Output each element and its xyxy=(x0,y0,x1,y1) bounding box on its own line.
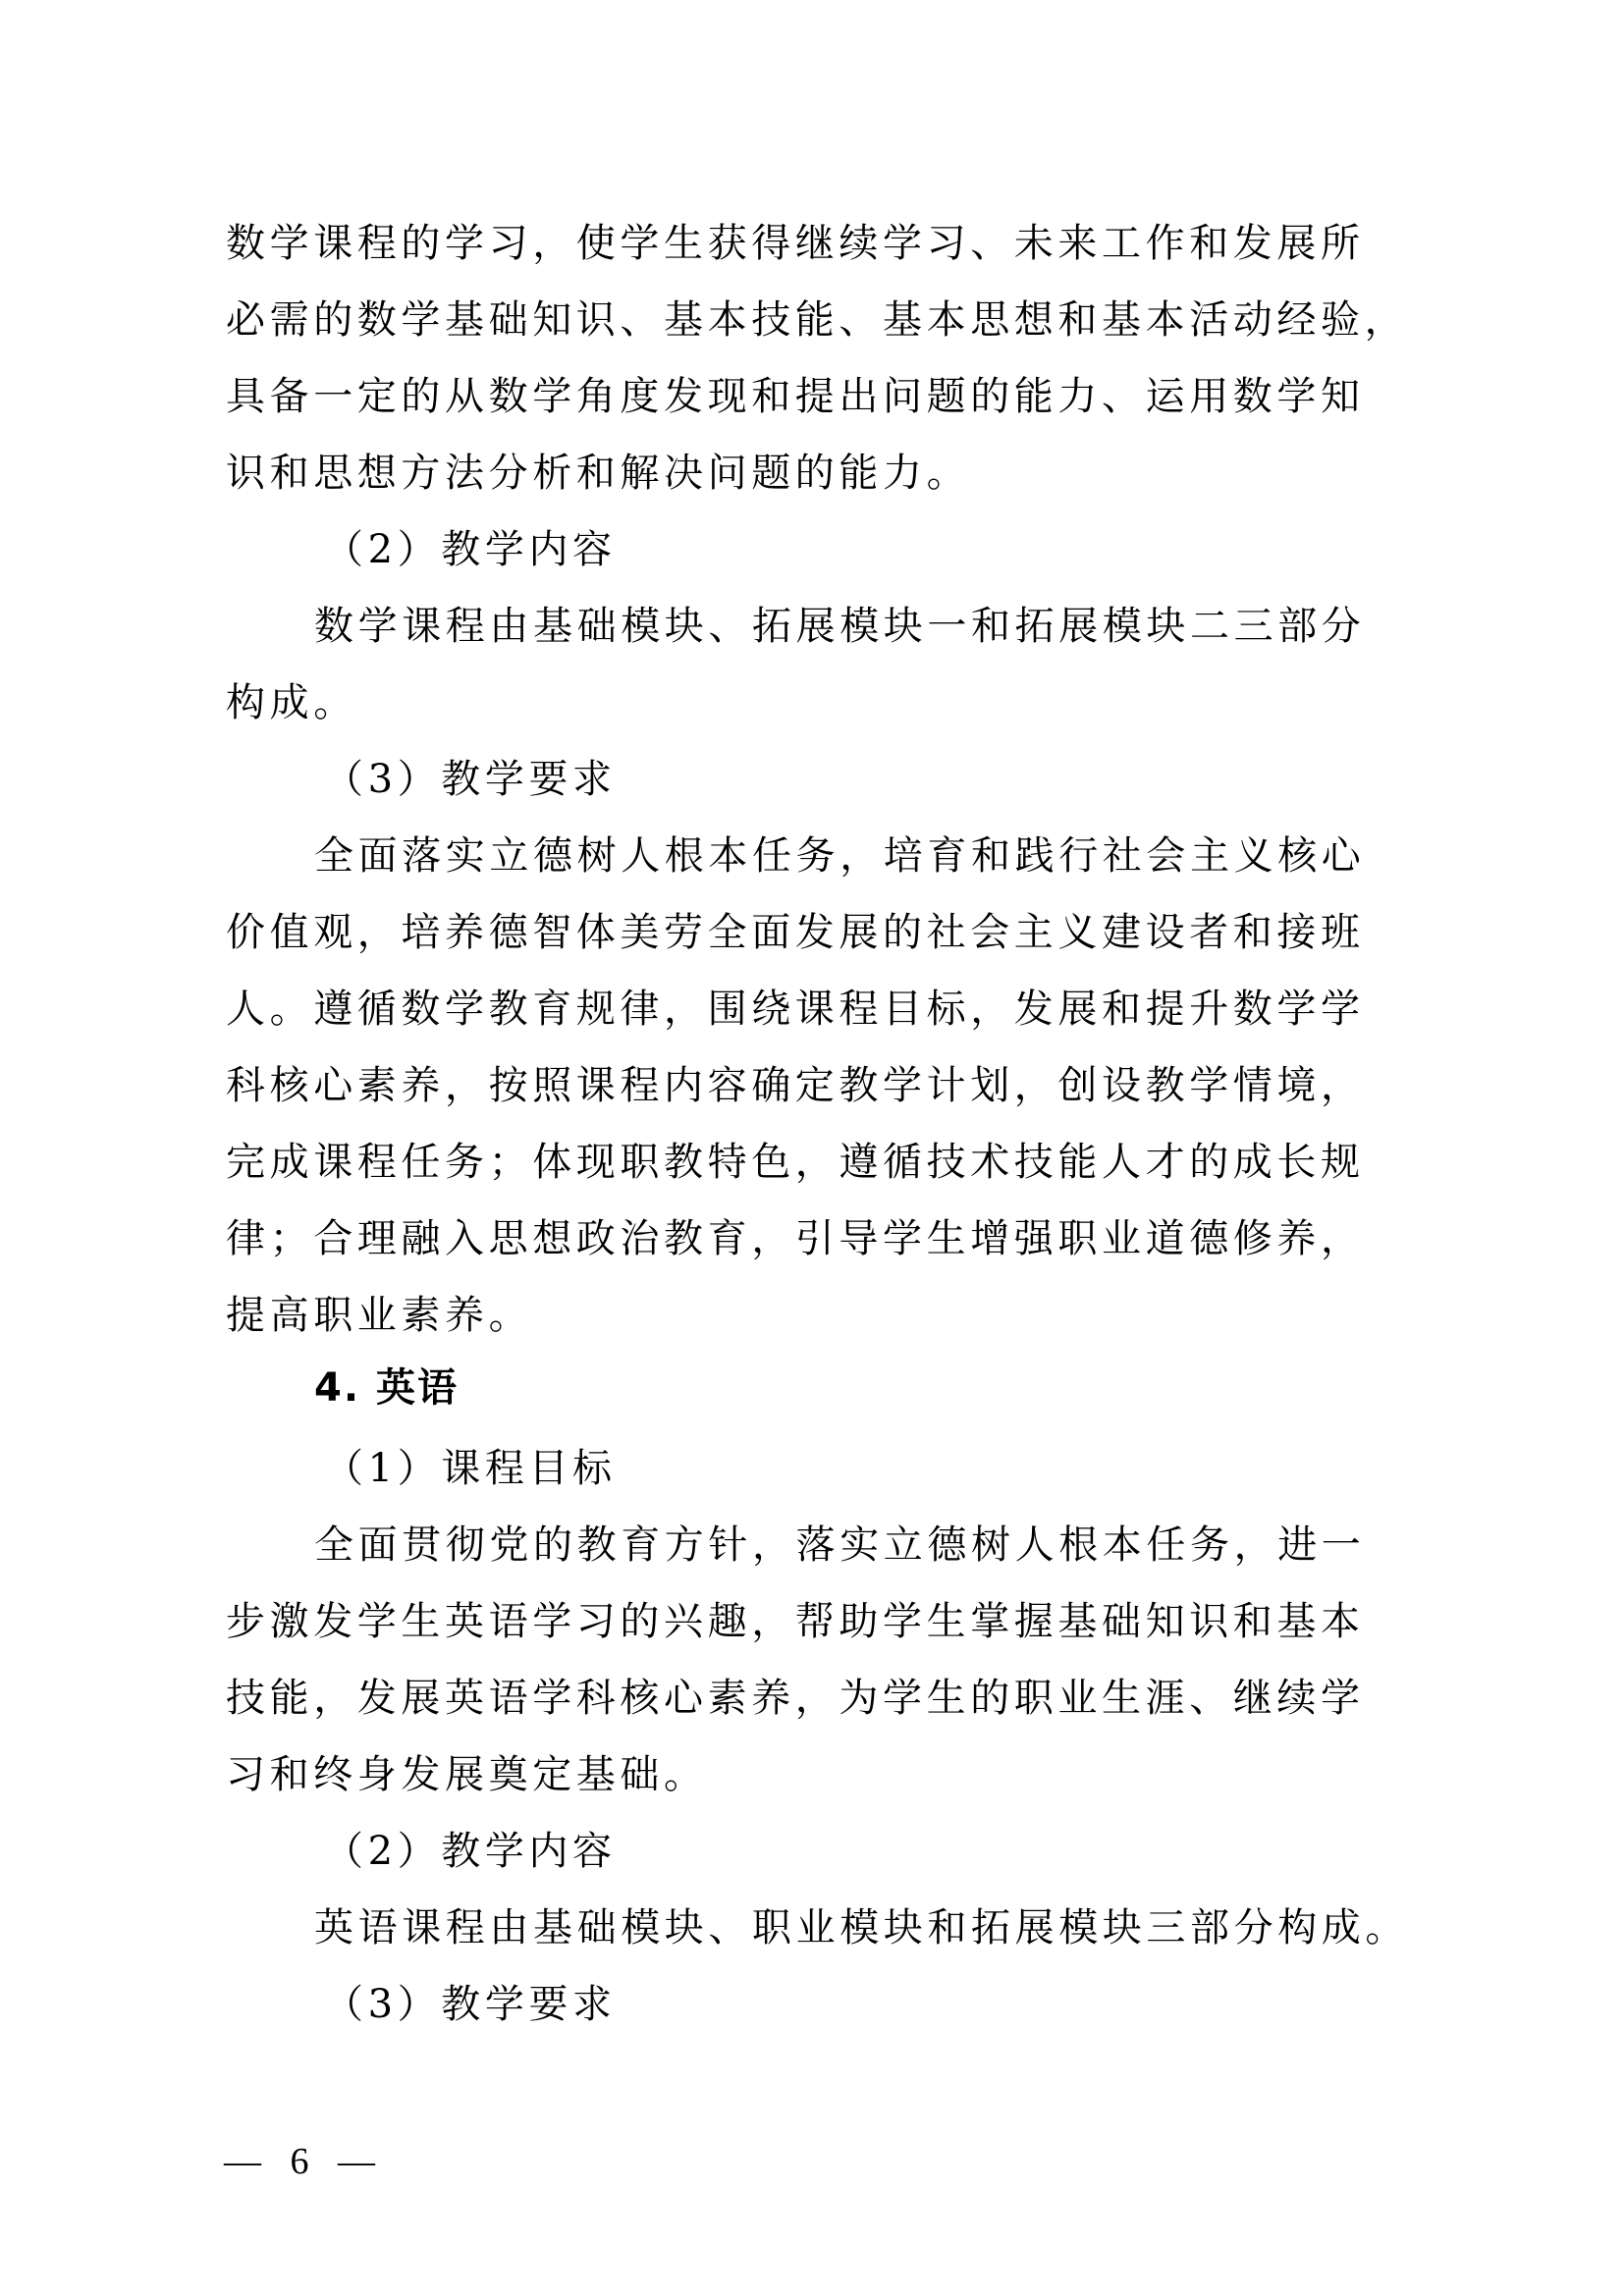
body-line: 习和终身发展奠定基础。 xyxy=(226,1751,1394,1798)
paragraph-first-line: 数学课程由基础模块、拓展模块一和拓展模块二三部分 xyxy=(314,603,1483,650)
body-line: 数学课程的学习，使学生获得继续学习、未来工作和发展所 xyxy=(226,220,1394,267)
body-line: 人。遵循数学教育规律，围绕课程目标，发展和提升数学学 xyxy=(226,986,1394,1033)
body-line: 识和思想方法分析和解决问题的能力。 xyxy=(226,450,1394,497)
paragraph-first-line: 全面落实立德树人根本任务，培育和践行社会主义核心 xyxy=(314,832,1483,880)
document-page: 数学课程的学习，使学生获得继续学习、未来工作和发展所 必需的数学基础知识、基本技… xyxy=(0,0,1624,2296)
subheading-teaching-requirements: （3）教学要求 xyxy=(324,1981,1492,2028)
subheading-teaching-requirements: （3）教学要求 xyxy=(324,756,1492,803)
subheading-teaching-content: （2）教学内容 xyxy=(324,1828,1492,1875)
body-line: 科核心素养，按照课程内容确定教学计划，创设教学情境， xyxy=(226,1062,1394,1109)
paragraph-first-line: 全面贯彻党的教育方针，落实立德树人根本任务，进一 xyxy=(314,1522,1483,1569)
paragraph-first-line: 英语课程由基础模块、职业模块和拓展模块三部分构成。 xyxy=(314,1904,1483,1951)
body-line: 价值观，培养德智体美劳全面发展的社会主义建设者和接班 xyxy=(226,909,1394,956)
body-line: 完成课程任务；体现职教特色，遵循技术技能人才的成长规 xyxy=(226,1139,1394,1186)
body-line: 提高职业素养。 xyxy=(226,1292,1394,1339)
body-line: 律；合理融入思想政治教育，引导学生增强职业道德修养， xyxy=(226,1215,1394,1262)
section-heading-english: 4. 英语 xyxy=(314,1364,1483,1412)
body-line: 具备一定的从数学角度发现和提出问题的能力、运用数学知 xyxy=(226,373,1394,420)
body-line: 构成。 xyxy=(226,679,1394,726)
body-line: 技能，发展英语学科核心素养，为学生的职业生涯、继续学 xyxy=(226,1675,1394,1722)
subheading-teaching-content: （2）教学内容 xyxy=(324,526,1492,573)
subheading-course-objectives: （1）课程目标 xyxy=(324,1445,1492,1492)
body-line: 步激发学生英语学习的兴趣，帮助学生掌握基础知识和基本 xyxy=(226,1598,1394,1645)
body-line: 必需的数学基础知识、基本技能、基本思想和基本活动经验， xyxy=(226,296,1394,344)
page-number: — 6 — xyxy=(224,2140,385,2183)
